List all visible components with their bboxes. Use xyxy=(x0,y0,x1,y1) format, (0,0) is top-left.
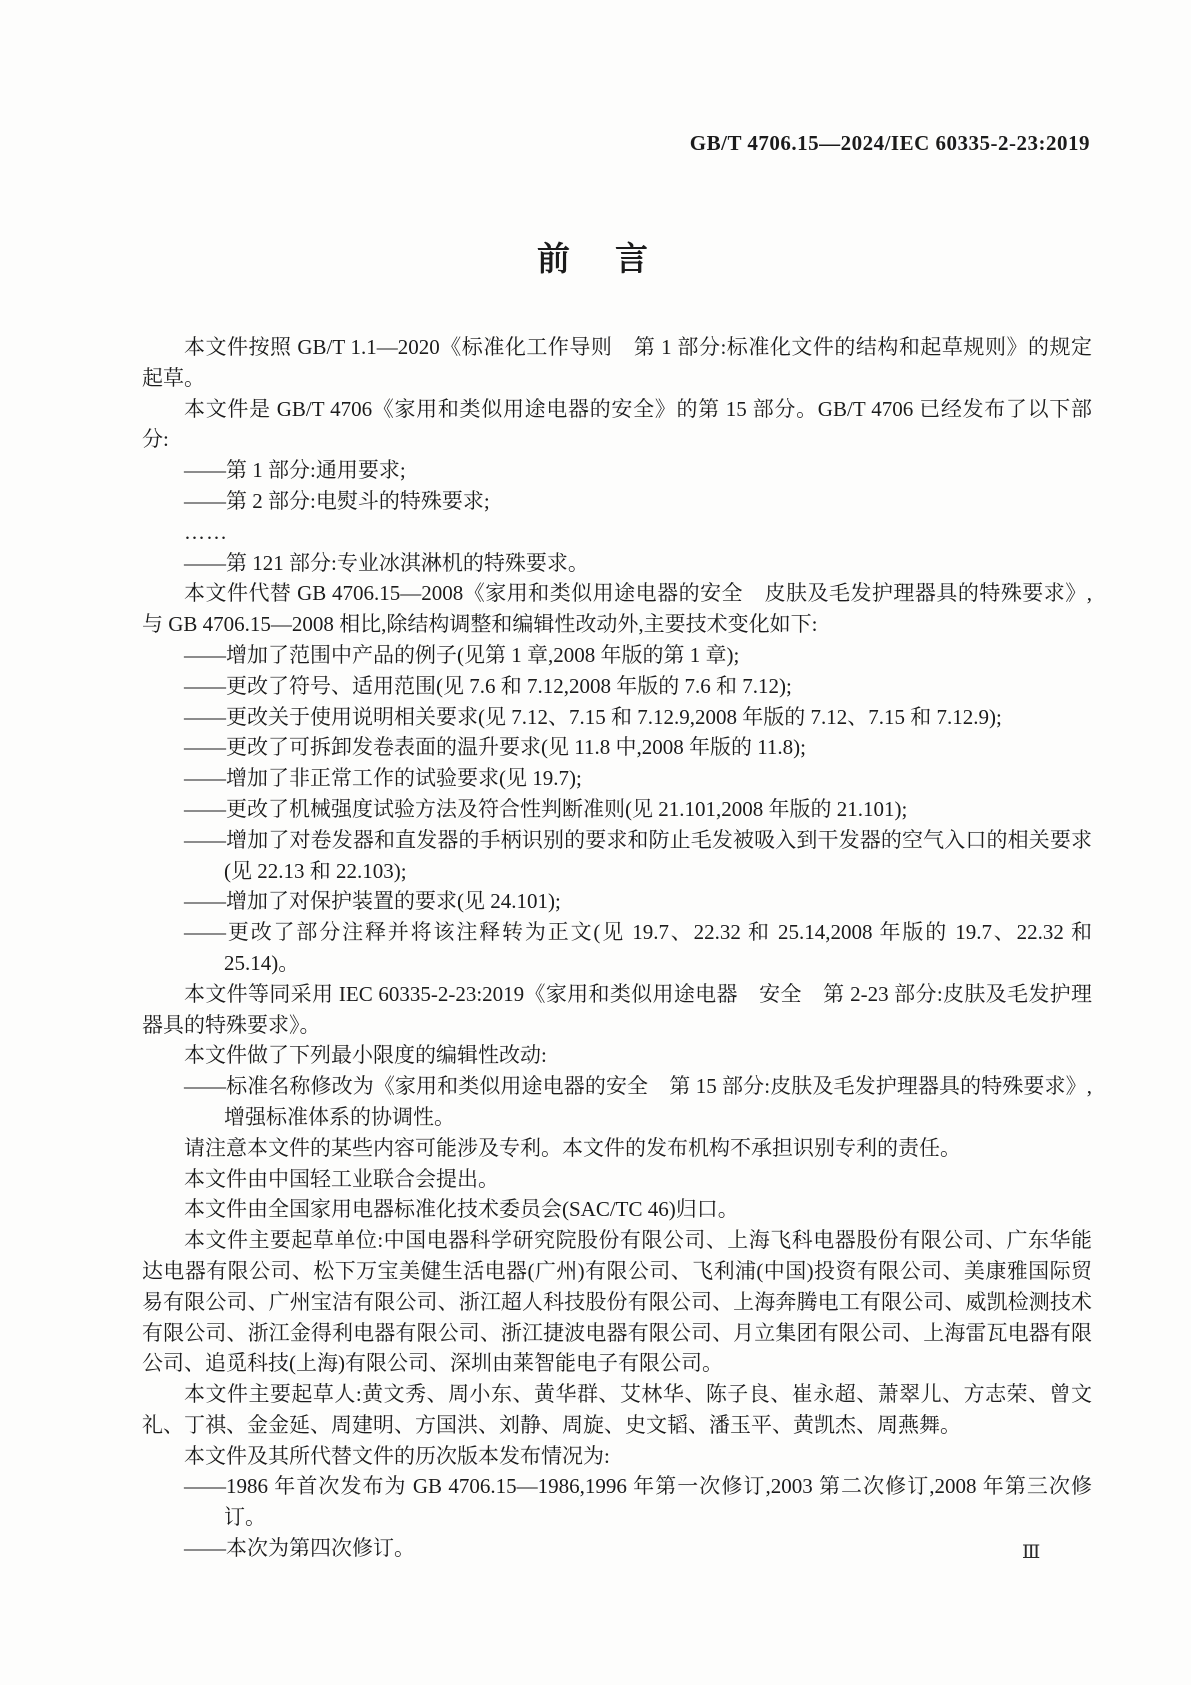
page-title: 前 言 xyxy=(0,233,1191,280)
foreword-paragraph: ——第 1 部分:通用要求; xyxy=(142,455,1092,486)
page-number: Ⅲ xyxy=(1022,1541,1040,1564)
foreword-paragraph: ——更改关于使用说明相关要求(见 7.12、7.15 和 7.12.9,2008… xyxy=(142,702,1092,733)
foreword-paragraph: 本文件代替 GB 4706.15—2008《家用和类似用途电器的安全 皮肤及毛发… xyxy=(142,578,1092,640)
document-page: GB/T 4706.15—2024/IEC 60335-2-23:2019 前 … xyxy=(0,0,1191,1685)
foreword-paragraph: ——1986 年首次发布为 GB 4706.15—1986,1996 年第一次修… xyxy=(142,1471,1092,1533)
foreword-paragraph: 本文件及其所代替文件的历次版本发布情况为: xyxy=(142,1441,1092,1472)
foreword-paragraph: ——第 121 部分:专业冰淇淋机的特殊要求。 xyxy=(142,548,1092,579)
foreword-paragraph: 本文件由中国轻工业联合会提出。 xyxy=(142,1164,1092,1195)
foreword-paragraph: 本文件按照 GB/T 1.1—2020《标准化工作导则 第 1 部分:标准化文件… xyxy=(142,332,1092,394)
foreword-paragraph: …… xyxy=(142,517,1092,548)
foreword-body: 本文件按照 GB/T 1.1—2020《标准化工作导则 第 1 部分:标准化文件… xyxy=(142,332,1092,1564)
foreword-paragraph: ——增加了非正常工作的试验要求(见 19.7); xyxy=(142,763,1092,794)
foreword-paragraph: 本文件等同采用 IEC 60335-2-23:2019《家用和类似用途电器 安全… xyxy=(142,979,1092,1041)
foreword-paragraph: 本文件是 GB/T 4706《家用和类似用途电器的安全》的第 15 部分。GB/… xyxy=(142,394,1092,456)
foreword-paragraph: 本文件由全国家用电器标准化技术委员会(SAC/TC 46)归口。 xyxy=(142,1194,1092,1225)
foreword-paragraph: ——更改了部分注释并将该注释转为正文(见 19.7、22.32 和 25.14,… xyxy=(142,917,1092,979)
foreword-paragraph: 本文件主要起草单位:中国电器科学研究院股份有限公司、上海飞科电器股份有限公司、广… xyxy=(142,1225,1092,1379)
foreword-paragraph: ——更改了符号、适用范围(见 7.6 和 7.12,2008 年版的 7.6 和… xyxy=(142,671,1092,702)
standard-number-header: GB/T 4706.15—2024/IEC 60335-2-23:2019 xyxy=(690,131,1090,156)
foreword-paragraph: ——更改了可拆卸发卷表面的温升要求(见 11.8 中,2008 年版的 11.8… xyxy=(142,732,1092,763)
foreword-paragraph: ——第 2 部分:电熨斗的特殊要求; xyxy=(142,486,1092,517)
foreword-paragraph: ——本次为第四次修订。 xyxy=(142,1533,1092,1564)
foreword-paragraph: ——增加了对卷发器和直发器的手柄识别的要求和防止毛发被吸入到干发器的空气入口的相… xyxy=(142,825,1092,887)
foreword-paragraph: 本文件主要起草人:黄文秀、周小东、黄华群、艾林华、陈子良、崔永超、萧翠儿、方志荣… xyxy=(142,1379,1092,1441)
foreword-paragraph: ——增加了对保护装置的要求(见 24.101); xyxy=(142,886,1092,917)
foreword-paragraph: ——增加了范围中产品的例子(见第 1 章,2008 年版的第 1 章); xyxy=(142,640,1092,671)
foreword-paragraph: 请注意本文件的某些内容可能涉及专利。本文件的发布机构不承担识别专利的责任。 xyxy=(142,1133,1092,1164)
foreword-paragraph: 本文件做了下列最小限度的编辑性改动: xyxy=(142,1040,1092,1071)
foreword-paragraph: ——更改了机械强度试验方法及符合性判断准则(见 21.101,2008 年版的 … xyxy=(142,794,1092,825)
foreword-paragraph: ——标准名称修改为《家用和类似用途电器的安全 第 15 部分:皮肤及毛发护理器具… xyxy=(142,1071,1092,1133)
